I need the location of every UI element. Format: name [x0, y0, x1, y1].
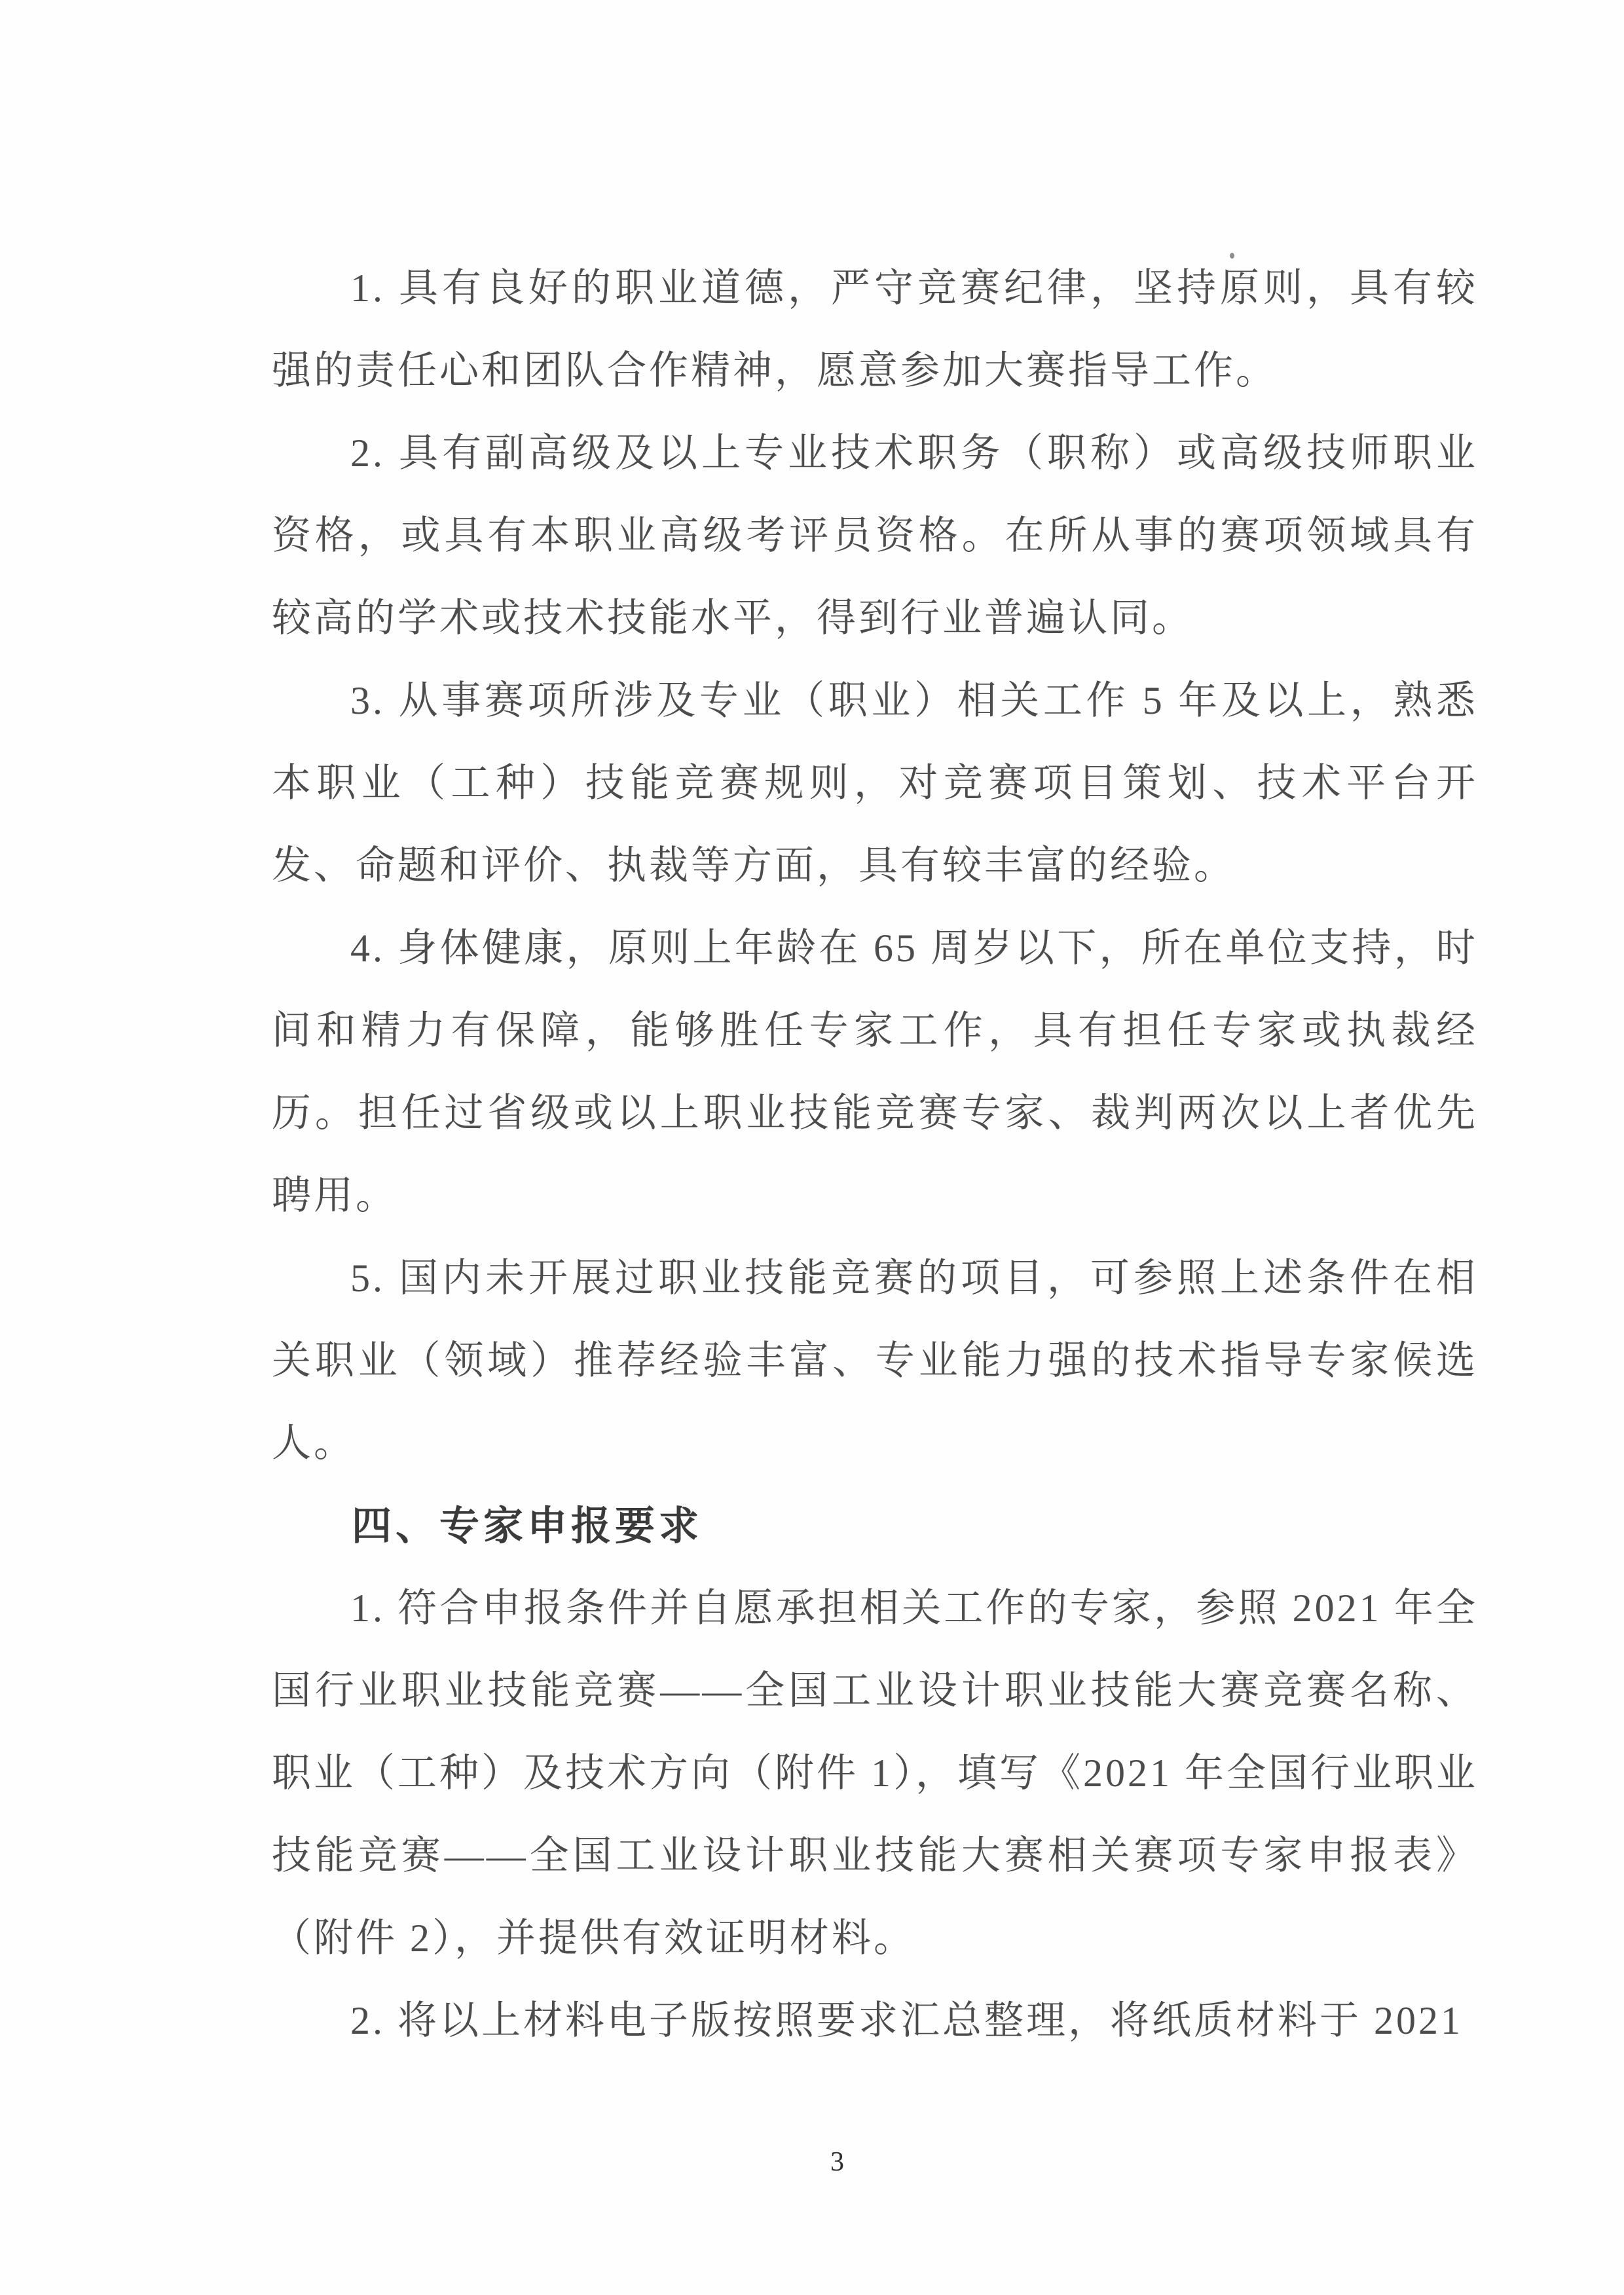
section-heading-expert-application-requirements: 四、专家申报要求	[272, 1484, 1478, 1567]
paragraph-condition-1: 1. 具有良好的职业道德，严守竞赛纪律，坚持原则，具有较强的责任心和团队合作精神…	[272, 247, 1478, 412]
paragraph-requirement-1: 1. 符合申报条件并自愿承担相关工作的专家，参照 2021 年全国行业职业技能竞…	[272, 1567, 1478, 1979]
document-body: 1. 具有良好的职业道德，严守竞赛纪律，坚持原则，具有较强的责任心和团队合作精神…	[272, 0, 1478, 2062]
paragraph-condition-5: 5. 国内未开展过职业技能竞赛的项目，可参照上述条件在相关职业（领域）推荐经验丰…	[272, 1237, 1478, 1484]
page-number: 3	[830, 2142, 844, 2182]
paragraph-condition-2: 2. 具有副高级及以上专业技术职务（职称）或高级技师职业资格，或具有本职业高级考…	[272, 412, 1478, 659]
paragraph-requirement-2: 2. 将以上材料电子版按照要求汇总整理，将纸质材料于 2021	[272, 1979, 1478, 2062]
paragraph-condition-4: 4. 身体健康，原则上年龄在 65 周岁以下，所在单位支持，时间和精力有保障，能…	[272, 907, 1478, 1237]
paragraph-condition-3: 3. 从事赛项所涉及专业（职业）相关工作 5 年及以上，熟悉本职业（工种）技能竞…	[272, 659, 1478, 907]
document-page: 1. 具有良好的职业道德，严守竞赛纪律，坚持原则，具有较强的责任心和团队合作精神…	[0, 0, 1624, 2295]
